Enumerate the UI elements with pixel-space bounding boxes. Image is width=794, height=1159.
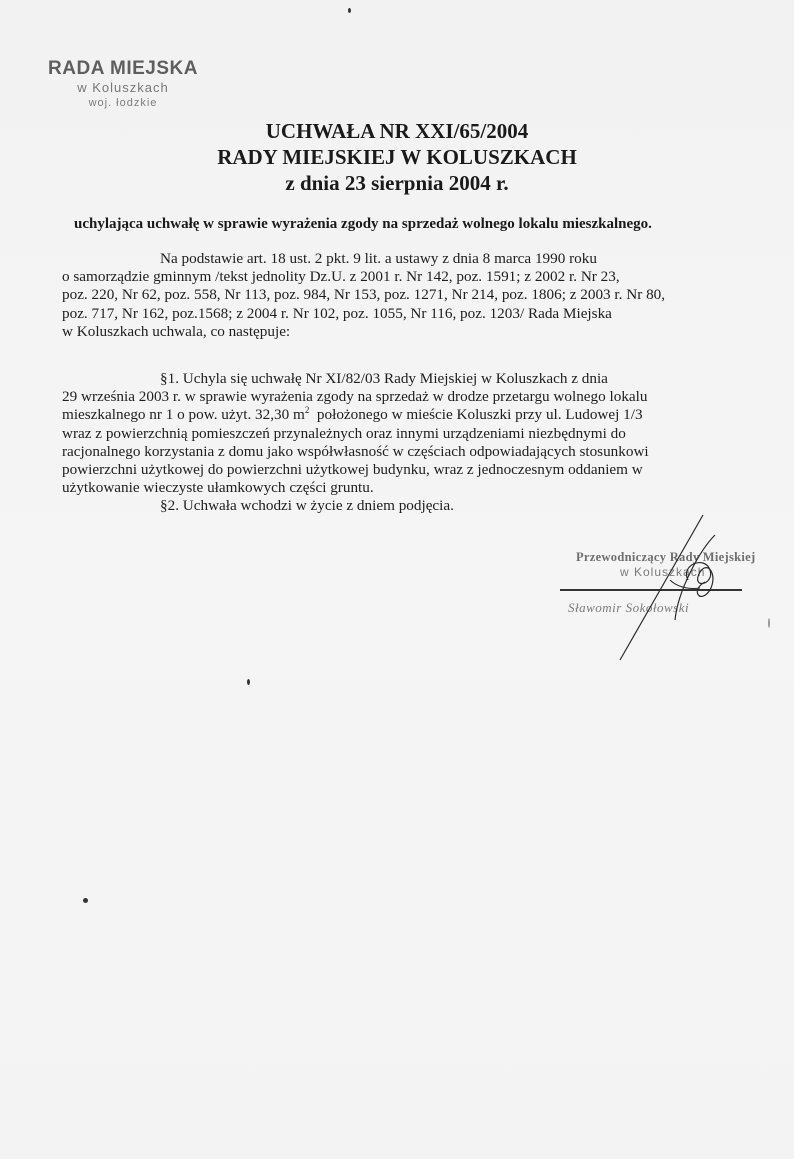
area-text: mieszkalnego nr 1 o pow. użyt. 32,30 m	[62, 406, 305, 423]
stamp-line-1: RADA MIEJSKA	[28, 58, 218, 80]
section-1-line: wraz z powierzchnią pomieszczeń przynale…	[62, 425, 742, 443]
section-1-line: §1. Uchyla się uchwałę Nr XI/82/03 Rady …	[62, 370, 742, 388]
scan-speck	[247, 679, 250, 685]
section-1-line: 29 września 2003 r. w sprawie wyrażenia …	[62, 388, 742, 406]
stamp-line-3: woj. łodzkie	[28, 96, 218, 110]
scanned-document-page: RADA MIEJSKA w Koluszkach woj. łodzkie U…	[0, 0, 794, 1159]
section-1: §1. Uchyla się uchwałę Nr XI/82/03 Rady …	[62, 370, 742, 516]
title-line-number: UCHWAŁA NR XXI/65/2004	[0, 118, 794, 144]
resolution-title: UCHWAŁA NR XXI/65/2004 RADY MIEJSKIEJ W …	[0, 118, 794, 196]
scan-speck	[348, 8, 351, 13]
section-1-line: mieszkalnego nr 1 o pow. użyt. 32,30 m2 …	[62, 406, 742, 424]
scan-speck	[768, 618, 770, 628]
preamble-line: o samorządzie gminnym /tekst jednolity D…	[62, 268, 742, 286]
section-1-line: użytkowanie wieczyste ułamkowych części …	[62, 479, 742, 497]
scan-speck	[83, 898, 88, 903]
section-1-line: powierzchni użytkowej do powierzchni uży…	[62, 461, 742, 479]
preamble-line: Na podstawie art. 18 ust. 2 pkt. 9 lit. …	[62, 250, 742, 268]
preamble: Na podstawie art. 18 ust. 2 pkt. 9 lit. …	[62, 250, 742, 341]
stamp-line-2: w Koluszkach	[28, 80, 218, 96]
preamble-line: w Koluszkach uchwala, co następuje:	[62, 323, 742, 341]
handwritten-signature-icon	[560, 510, 794, 670]
council-stamp: RADA MIEJSKA w Koluszkach woj. łodzkie	[28, 58, 218, 110]
section-1-line: racjonalnego korzystania z domu jako wsp…	[62, 443, 742, 461]
resolution-subject: uchylająca uchwałę w sprawie wyrażenia z…	[74, 214, 734, 234]
title-line-date: z dnia 23 sierpnia 2004 r.	[0, 170, 794, 196]
location-text: położonego w mieście Koluszki przy ul. L…	[309, 406, 642, 423]
preamble-line: poz. 717, Nr 162, poz.1568; z 2004 r. Nr…	[62, 305, 742, 323]
preamble-line: poz. 220, Nr 62, poz. 558, Nr 113, poz. …	[62, 286, 742, 304]
title-line-council: RADY MIEJSKIEJ W KOLUSZKACH	[0, 144, 794, 170]
